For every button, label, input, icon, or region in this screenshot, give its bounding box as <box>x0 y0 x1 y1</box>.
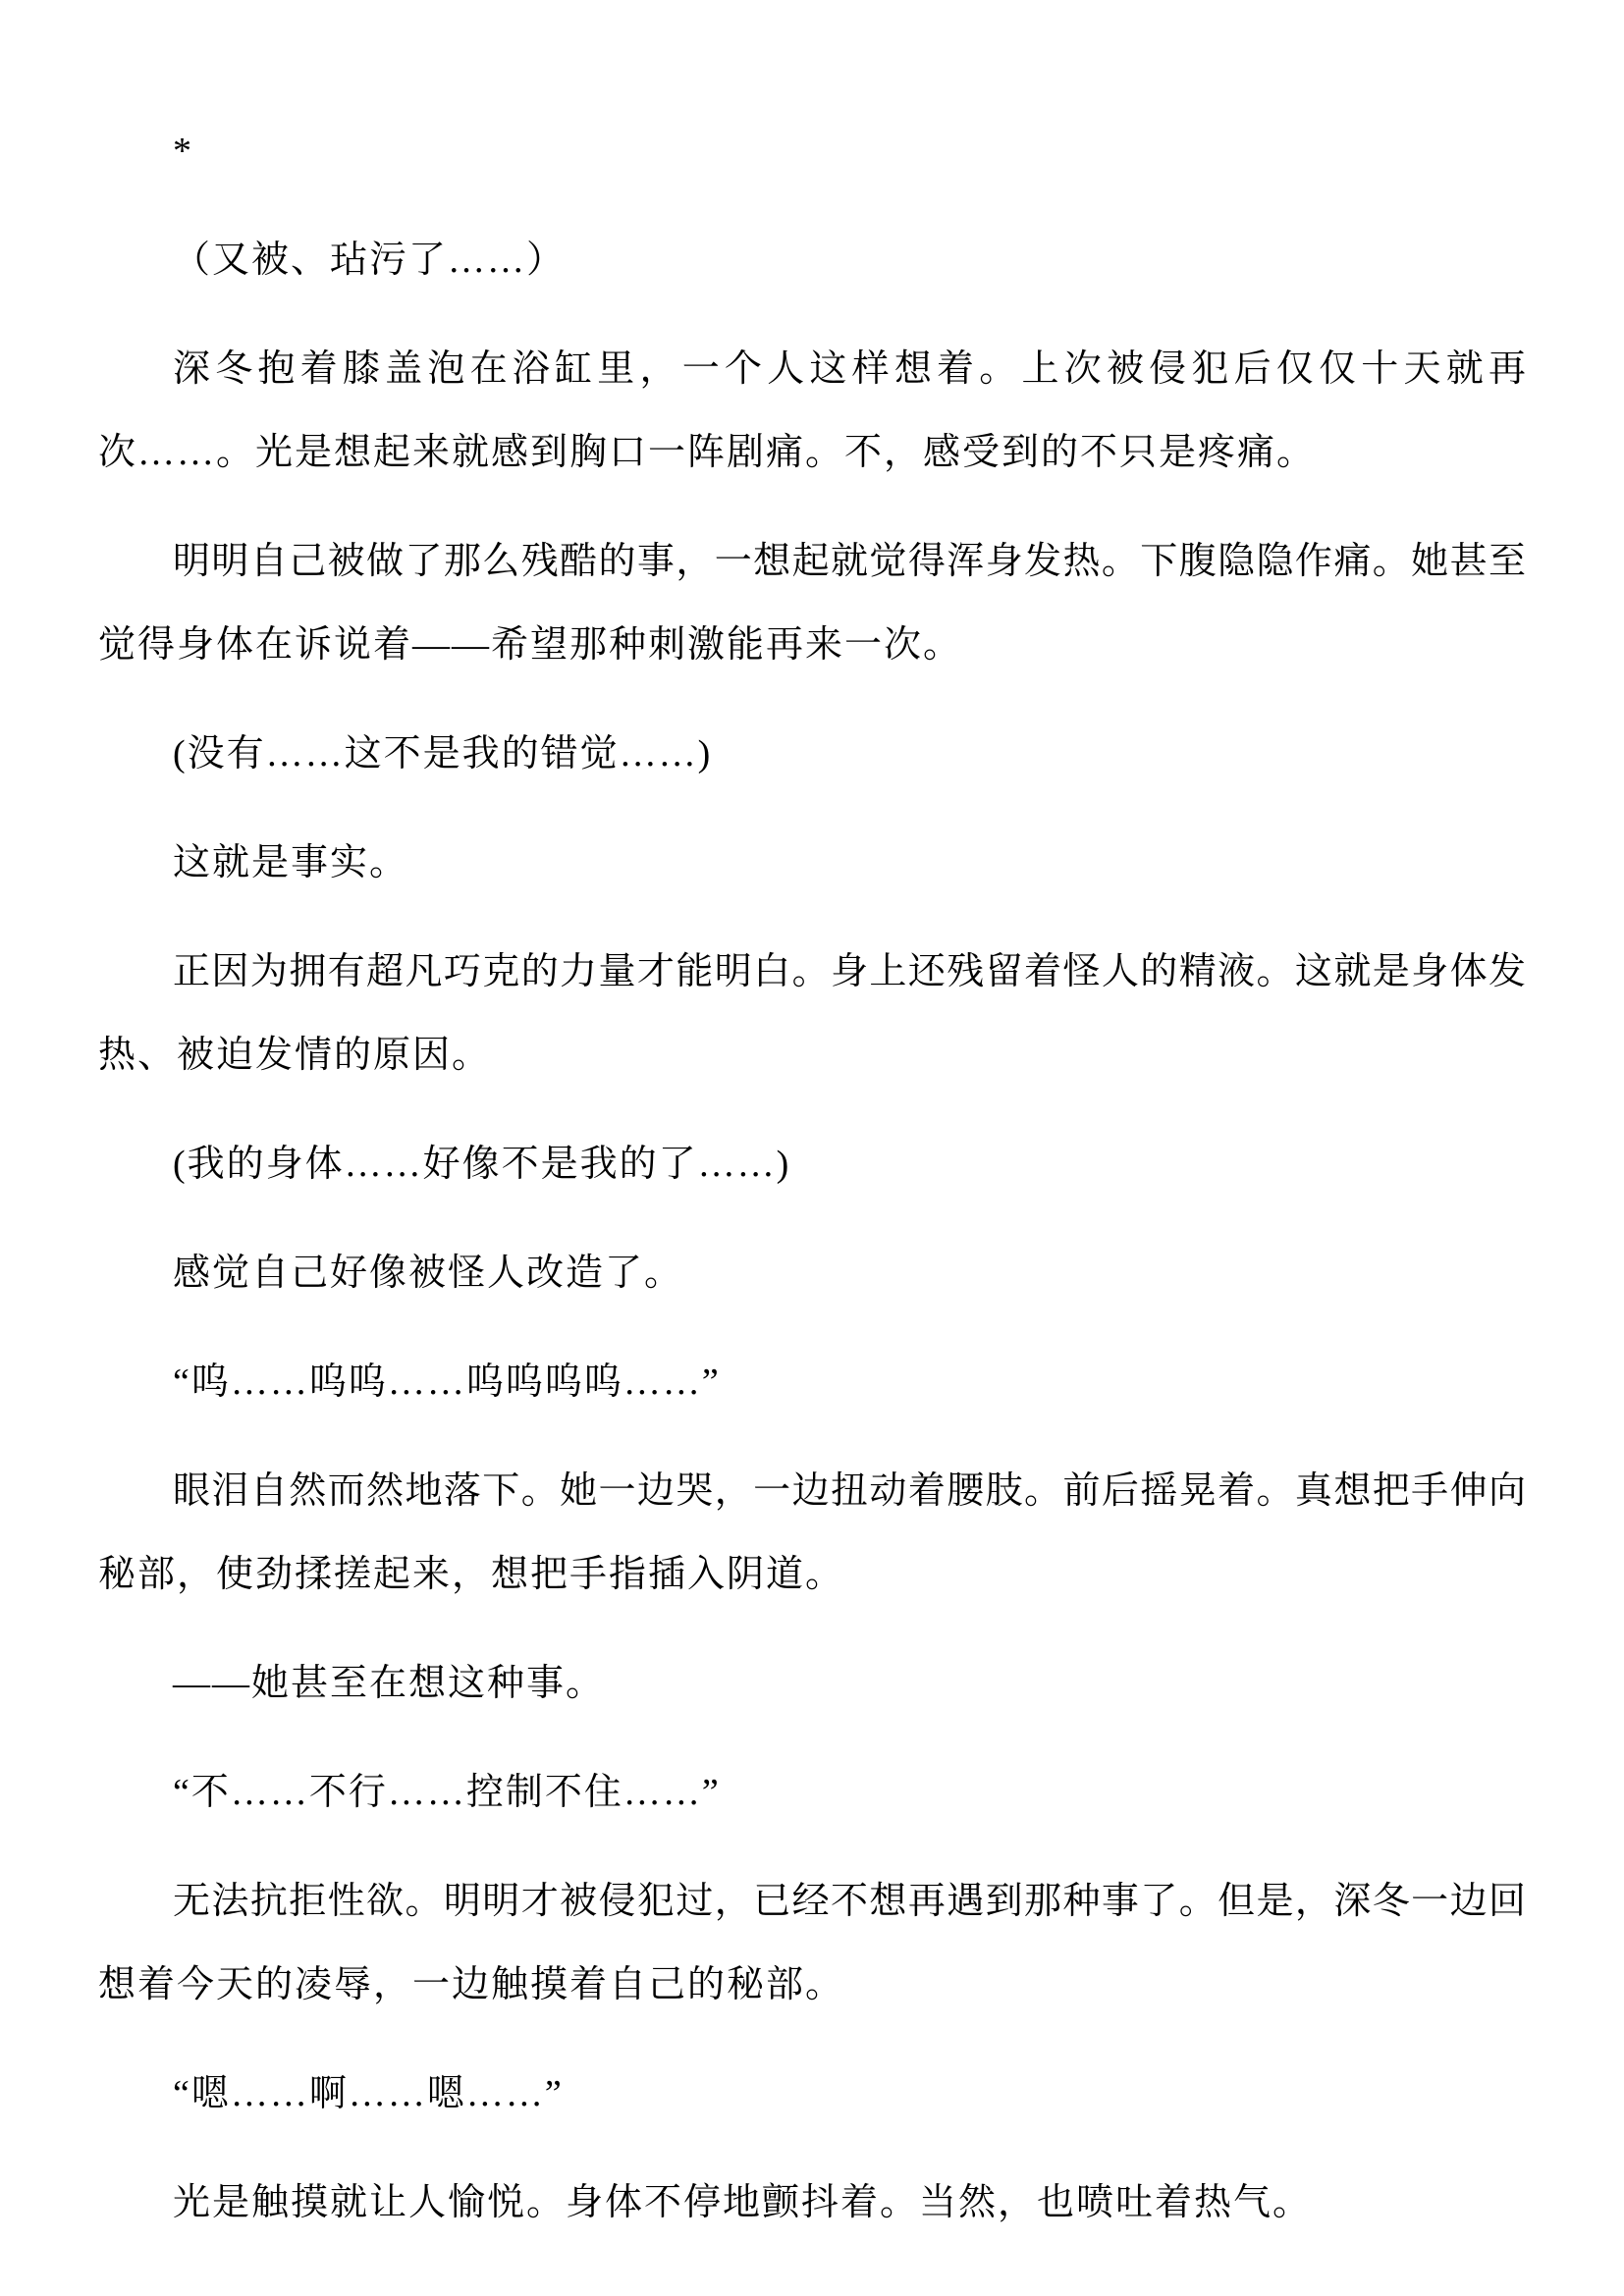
text-line: 无法抗拒性欲。明明才被侵犯过，已经不想再遇到那种事了。但是，深冬一边回 <box>98 1860 1526 1944</box>
paragraph: (没有……这不是我的错觉……) <box>98 713 1526 796</box>
paragraph: 眼泪自然而然地落下。她一边哭，一边扭动着腰肢。前后摇晃着。真想把手伸向秘部，使劲… <box>98 1450 1526 1617</box>
paragraph: （又被、玷污了……） <box>98 219 1526 302</box>
paragraph: 正因为拥有超凡巧克的力量才能明白。身上还残留着怪人的精液。这就是身体发热、被迫发… <box>98 931 1526 1097</box>
text-line: (没有……这不是我的错觉……) <box>98 713 1526 796</box>
paragraph: (我的身体……好像不是我的了……) <box>98 1123 1526 1206</box>
text-line: “呜……呜呜……呜呜呜呜……” <box>98 1341 1526 1424</box>
text-line: 秘部，使劲揉搓起来，想把手指插入阴道。 <box>98 1533 1526 1617</box>
paragraph: 光是触摸就让人愉悦。身体不停地颤抖着。当然，也喷吐着热气。 <box>98 2162 1526 2245</box>
text-line: 次……。光是想起来就感到胸口一阵剧痛。不，感受到的不只是疼痛。 <box>98 411 1526 495</box>
text-line: “不……不行……控制不住……” <box>98 1751 1526 1835</box>
text-line: * <box>98 110 1526 193</box>
text-line: “嗯……啊……嗯……” <box>98 2053 1526 2136</box>
text-line: 这就是事实。 <box>98 822 1526 905</box>
paragraph: * <box>98 110 1526 193</box>
text-line: 眼泪自然而然地落下。她一边哭，一边扭动着腰肢。前后摇晃着。真想把手伸向 <box>98 1450 1526 1533</box>
text-line: 正因为拥有超凡巧克的力量才能明白。身上还残留着怪人的精液。这就是身体发 <box>98 931 1526 1014</box>
paragraph: “不……不行……控制不住……” <box>98 1751 1526 1835</box>
paragraph: 明明自己被做了那么残酷的事，一想起就觉得浑身发热。下腹隐隐作痛。她甚至觉得身体在… <box>98 520 1526 687</box>
paragraph: “嗯……啊……嗯……” <box>98 2053 1526 2136</box>
paragraph: 感觉自己好像被怪人改造了。 <box>98 1232 1526 1315</box>
paragraph: 这就是事实。 <box>98 822 1526 905</box>
paragraph: ——她甚至在想这种事。 <box>98 1642 1526 1726</box>
paragraph: 无法抗拒性欲。明明才被侵犯过，已经不想再遇到那种事了。但是，深冬一边回想着今天的… <box>98 1860 1526 2027</box>
document-body: { "page": { "background_color": "#ffffff… <box>0 0 1624 2296</box>
text-line: （又被、玷污了……） <box>98 219 1526 302</box>
paragraph: 深冬抱着膝盖泡在浴缸里，一个人这样想着。上次被侵犯后仅仅十天就再次……。光是想起… <box>98 328 1526 495</box>
text-line: 感觉自己好像被怪人改造了。 <box>98 1232 1526 1315</box>
text-line: ——她甚至在想这种事。 <box>98 1642 1526 1726</box>
text-line: (我的身体……好像不是我的了……) <box>98 1123 1526 1206</box>
paragraph: “呜……呜呜……呜呜呜呜……” <box>98 1341 1526 1424</box>
text-line: 热、被迫发情的原因。 <box>98 1014 1526 1097</box>
document-page: *（又被、玷污了……）深冬抱着膝盖泡在浴缸里，一个人这样想着。上次被侵犯后仅仅十… <box>98 110 1526 2270</box>
text-line: 深冬抱着膝盖泡在浴缸里，一个人这样想着。上次被侵犯后仅仅十天就再 <box>98 328 1526 411</box>
text-line: 明明自己被做了那么残酷的事，一想起就觉得浑身发热。下腹隐隐作痛。她甚至 <box>98 520 1526 604</box>
text-line: 想着今天的凌辱，一边触摸着自己的秘部。 <box>98 1944 1526 2027</box>
text-line: 光是触摸就让人愉悦。身体不停地颤抖着。当然，也喷吐着热气。 <box>98 2162 1526 2245</box>
text-line: 觉得身体在诉说着——希望那种刺激能再来一次。 <box>98 604 1526 687</box>
